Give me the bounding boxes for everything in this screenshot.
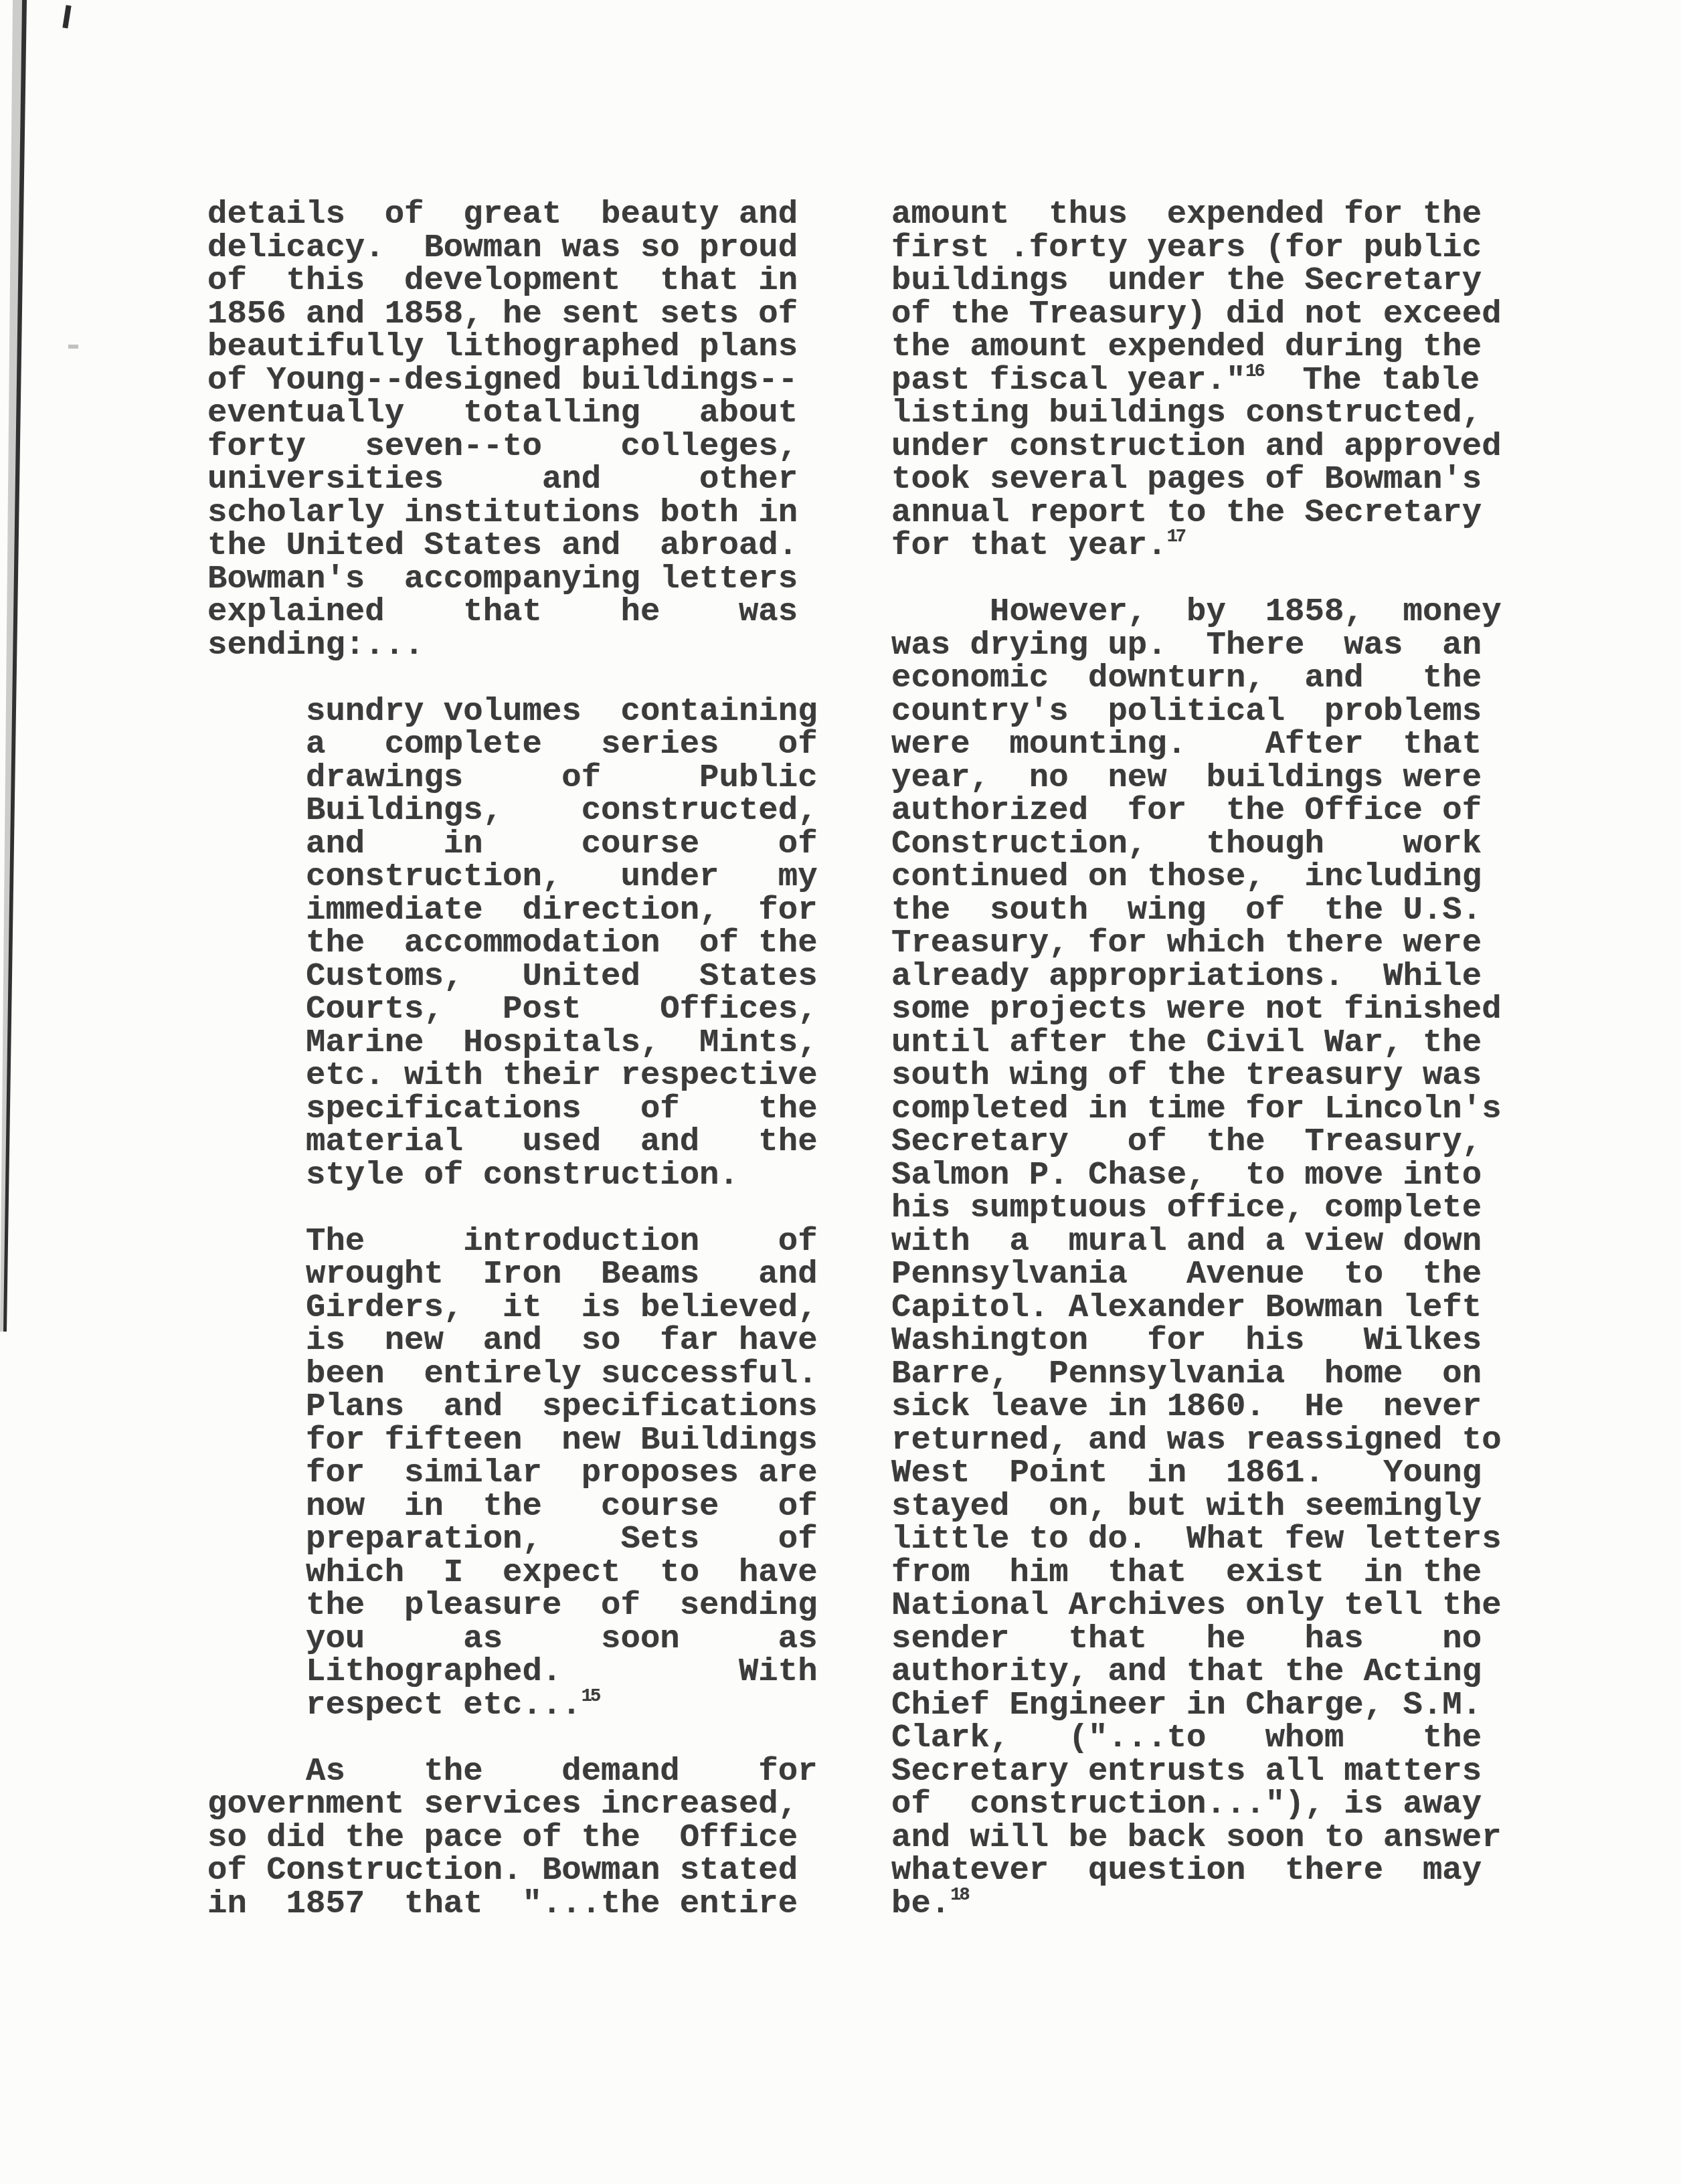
text-line: of this development that in: [207, 264, 818, 298]
text-line: authority, and that the Acting: [891, 1655, 1502, 1689]
text-line: West Point in 1861. Young: [891, 1457, 1502, 1490]
text-line: past fiscal year."16 The table: [891, 364, 1502, 397]
text-line: wrought Iron Beams and: [207, 1258, 818, 1291]
text-line: returned, and was reassigned to: [891, 1424, 1502, 1457]
text-line: eventually totalling about: [207, 397, 818, 430]
text-line: already appropriations. While: [891, 960, 1502, 994]
text-line: National Archives only tell the: [891, 1589, 1502, 1623]
text-line: be.18: [891, 1888, 1502, 1921]
text-line: the United States and abroad.: [207, 529, 818, 563]
text-line: with a mural and a view down: [891, 1225, 1502, 1259]
text-line: universities and other: [207, 463, 818, 496]
text-line: As the demand for: [207, 1755, 818, 1789]
text-line: the accommodation of the: [207, 927, 818, 960]
scan-edge-artifact: [0, 0, 107, 1405]
scan-dash-mark: [68, 345, 78, 349]
scan-tick-mark: [62, 5, 71, 29]
text-line: Girders, it is believed,: [207, 1291, 818, 1325]
text-line: Washington for his Wilkes: [891, 1324, 1502, 1358]
text-line: sending:...: [207, 629, 818, 662]
text-line: and will be back soon to answer: [891, 1821, 1502, 1855]
text-line: in 1857 that "...the entire: [207, 1888, 818, 1921]
text-line: first .forty years (for public: [891, 232, 1502, 265]
text-line: annual report to the Secretary: [891, 496, 1502, 530]
text-line: explained that he was: [207, 596, 818, 629]
text-line: listing buildings constructed,: [891, 397, 1502, 430]
text-line: was drying up. There was an: [891, 629, 1502, 662]
text-line: Marine Hospitals, Mints,: [207, 1026, 818, 1060]
text-line: The introduction of: [207, 1225, 818, 1259]
text-line: Chief Engineer in Charge, S.M.: [891, 1689, 1502, 1722]
text-line: amount thus expended for the: [891, 198, 1502, 232]
text-line: for fifteen new Buildings: [207, 1424, 818, 1457]
text-line: were mounting. After that: [891, 728, 1502, 761]
text-line: the south wing of the U.S.: [891, 894, 1502, 927]
text-line: Secretary of the Treasury,: [891, 1125, 1502, 1159]
text-line: from him that exist in the: [891, 1556, 1502, 1590]
text-line: [891, 563, 1502, 596]
text-line: specifications of the: [207, 1093, 818, 1126]
text-line: buildings under the Secretary: [891, 264, 1502, 298]
text-line: etc. with their respective: [207, 1059, 818, 1093]
document-page: details of great beauty anddelicacy. Bow…: [0, 0, 1681, 2184]
text-line: completed in time for Lincoln's: [891, 1093, 1502, 1126]
text-line: [207, 662, 818, 695]
text-line: of Construction. Bowman stated: [207, 1854, 818, 1888]
text-line: construction, under my: [207, 860, 818, 894]
text-line: you as soon as: [207, 1623, 818, 1656]
right-text-column: amount thus expended for thefirst .forty…: [891, 198, 1502, 1920]
text-line: Construction, though work: [891, 828, 1502, 861]
text-line: Plans and specifications: [207, 1390, 818, 1424]
text-line: sundry volumes containing: [207, 695, 818, 729]
text-line: style of construction.: [207, 1159, 818, 1192]
text-line: is new and so far have: [207, 1324, 818, 1358]
text-line: Pennsylvania Avenue to the: [891, 1258, 1502, 1291]
text-line: the amount expended during the: [891, 331, 1502, 364]
text-line: respect etc...15: [207, 1689, 818, 1722]
text-line: drawings of Public: [207, 761, 818, 795]
scan-edge-band: [0, 0, 22, 1332]
text-line: country's political problems: [891, 695, 1502, 729]
text-line: so did the pace of the Office: [207, 1821, 818, 1855]
text-line: which I expect to have: [207, 1556, 818, 1590]
text-line: preparation, Sets of: [207, 1523, 818, 1556]
text-line: Courts, Post Offices,: [207, 993, 818, 1026]
text-line: little to do. What few letters: [891, 1523, 1502, 1556]
text-line: for that year.17: [891, 529, 1502, 563]
text-line: government services increased,: [207, 1788, 818, 1821]
text-line: Barre, Pennsylvania home on: [891, 1358, 1502, 1391]
text-line: took several pages of Bowman's: [891, 463, 1502, 496]
text-line: of the Treasury) did not exceed: [891, 298, 1502, 331]
text-line: for similar proposes are: [207, 1457, 818, 1490]
text-line: sender that he has no: [891, 1623, 1502, 1656]
text-line: of Young--designed buildings--: [207, 364, 818, 397]
text-line: delicacy. Bowman was so proud: [207, 232, 818, 265]
text-line: of construction..."), is away: [891, 1788, 1502, 1821]
text-line: Lithographed. With: [207, 1655, 818, 1689]
text-line: been entirely successful.: [207, 1358, 818, 1391]
text-line: Buildings, constructed,: [207, 794, 818, 828]
left-text-column: details of great beauty anddelicacy. Bow…: [207, 198, 818, 1920]
text-line: [207, 1722, 818, 1755]
text-line: sick leave in 1860. He never: [891, 1390, 1502, 1424]
text-line: material used and the: [207, 1125, 818, 1159]
text-line: beautifully lithographed plans: [207, 331, 818, 364]
text-line: year, no new buildings were: [891, 761, 1502, 795]
text-line: Secretary entrusts all matters: [891, 1755, 1502, 1789]
text-line: Clark, ("...to whom the: [891, 1722, 1502, 1755]
text-line: whatever question there may: [891, 1854, 1502, 1888]
text-line: some projects were not finished: [891, 993, 1502, 1026]
text-line: Customs, United States: [207, 960, 818, 994]
text-line: a complete series of: [207, 728, 818, 761]
text-line: scholarly institutions both in: [207, 496, 818, 530]
text-line: under construction and approved: [891, 430, 1502, 464]
text-line: south wing of the treasury was: [891, 1059, 1502, 1093]
text-line: Capitol. Alexander Bowman left: [891, 1291, 1502, 1325]
text-line: 1856 and 1858, he sent sets of: [207, 298, 818, 331]
text-line: Treasury, for which there were: [891, 927, 1502, 960]
text-line: [207, 1192, 818, 1225]
text-line: until after the Civil War, the: [891, 1026, 1502, 1060]
scan-edge-line: [3, 0, 27, 1332]
text-line: now in the course of: [207, 1490, 818, 1524]
text-line: and in course of: [207, 828, 818, 861]
text-line: immediate direction, for: [207, 894, 818, 927]
text-line: Salmon P. Chase, to move into: [891, 1159, 1502, 1192]
text-line: authorized for the Office of: [891, 794, 1502, 828]
text-line: his sumptuous office, complete: [891, 1192, 1502, 1225]
text-line: the pleasure of sending: [207, 1589, 818, 1623]
text-line: continued on those, including: [891, 860, 1502, 894]
text-line: However, by 1858, money: [891, 596, 1502, 629]
text-line: Bowman's accompanying letters: [207, 563, 818, 596]
text-line: forty seven--to colleges,: [207, 430, 818, 464]
text-line: economic downturn, and the: [891, 662, 1502, 695]
text-line: stayed on, but with seemingly: [891, 1490, 1502, 1524]
text-line: details of great beauty and: [207, 198, 818, 232]
